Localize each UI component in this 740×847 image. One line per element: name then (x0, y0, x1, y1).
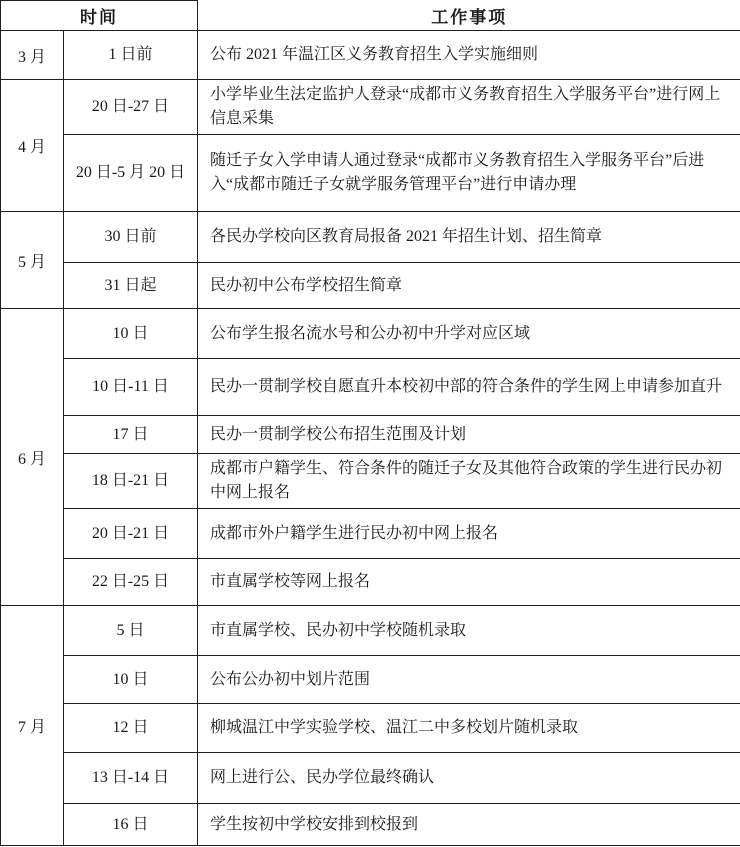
date-cell: 10 日 (64, 309, 198, 359)
date-cell: 18 日-21 日 (64, 454, 198, 509)
task-cell: 网上进行公、民办学位最终确认 (198, 753, 740, 804)
date-cell: 20 日-5 月 20 日 (64, 135, 198, 212)
date-cell: 5 日 (64, 606, 198, 656)
month-cell: 4 月 (1, 80, 64, 212)
date-cell: 10 日 (64, 656, 198, 704)
schedule-row: 31 日起民办初中公布学校招生简章 (1, 263, 740, 309)
schedule-row: 20 日-5 月 20 日随迁子女入学申请人通过登录“成都市义务教育招生入学服务… (1, 135, 740, 212)
schedule-row: 22 日-25 日市直属学校等网上报名 (1, 559, 740, 606)
date-cell: 12 日 (64, 704, 198, 753)
schedule-row: 7 月5 日市直属学校、民办初中学校随机录取 (1, 606, 740, 656)
date-cell: 16 日 (64, 804, 198, 846)
schedule-row: 10 日公布公办初中划片范围 (1, 656, 740, 704)
schedule-row: 12 日柳城温江中学实验学校、温江二中多校划片随机录取 (1, 704, 740, 753)
date-cell: 22 日-25 日 (64, 559, 198, 606)
schedule-table-body: 3 月1 日前公布 2021 年温江区义务教育招生入学实施细则4 月20 日-2… (1, 31, 740, 846)
task-cell: 公布 2021 年温江区义务教育招生入学实施细则 (198, 31, 740, 80)
schedule-row: 17 日民办一贯制学校公布招生范围及计划 (1, 416, 740, 454)
task-cell: 民办初中公布学校招生简章 (198, 263, 740, 309)
schedule-row: 20 日-21 日成都市外户籍学生进行民办初中网上报名 (1, 509, 740, 559)
header-row: 时间 工作事项 (1, 1, 740, 31)
task-cell: 公布公办初中划片范围 (198, 656, 740, 704)
schedule-row: 18 日-21 日成都市户籍学生、符合条件的随迁子女及其他符合政策的学生进行民办… (1, 454, 740, 509)
date-cell: 10 日-11 日 (64, 359, 198, 416)
time-column-header: 时间 (1, 1, 198, 31)
enrollment-schedule-table: 时间 工作事项 3 月1 日前公布 2021 年温江区义务教育招生入学实施细则4… (0, 0, 740, 846)
date-cell: 1 日前 (64, 31, 198, 80)
task-cell: 成都市户籍学生、符合条件的随迁子女及其他符合政策的学生进行民办初中网上报名 (198, 454, 740, 509)
task-cell: 公布学生报名流水号和公办初中升学对应区域 (198, 309, 740, 359)
work-items-column-header: 工作事项 (198, 1, 740, 31)
date-cell: 20 日-27 日 (64, 80, 198, 135)
task-cell: 民办一贯制学校自愿直升本校初中部的符合条件的学生网上申请参加直升 (198, 359, 740, 416)
schedule-row: 16 日学生按初中学校安排到校报到 (1, 804, 740, 846)
date-cell: 20 日-21 日 (64, 509, 198, 559)
task-cell: 学生按初中学校安排到校报到 (198, 804, 740, 846)
schedule-row: 13 日-14 日网上进行公、民办学位最终确认 (1, 753, 740, 804)
task-cell: 成都市外户籍学生进行民办初中网上报名 (198, 509, 740, 559)
task-cell: 市直属学校、民办初中学校随机录取 (198, 606, 740, 656)
schedule-row: 3 月1 日前公布 2021 年温江区义务教育招生入学实施细则 (1, 31, 740, 80)
date-cell: 30 日前 (64, 212, 198, 263)
task-cell: 市直属学校等网上报名 (198, 559, 740, 606)
task-cell: 随迁子女入学申请人通过登录“成都市义务教育招生入学服务平台”后进入“成都市随迁子… (198, 135, 740, 212)
task-cell: 柳城温江中学实验学校、温江二中多校划片随机录取 (198, 704, 740, 753)
date-cell: 31 日起 (64, 263, 198, 309)
month-cell: 5 月 (1, 212, 64, 309)
date-cell: 13 日-14 日 (64, 753, 198, 804)
month-cell: 6 月 (1, 309, 64, 606)
schedule-row: 4 月20 日-27 日小学毕业生法定监护人登录“成都市义务教育招生入学服务平台… (1, 80, 740, 135)
task-cell: 小学毕业生法定监护人登录“成都市义务教育招生入学服务平台”进行网上信息采集 (198, 80, 740, 135)
schedule-row: 10 日-11 日民办一贯制学校自愿直升本校初中部的符合条件的学生网上申请参加直… (1, 359, 740, 416)
month-cell: 7 月 (1, 606, 64, 846)
schedule-row: 6 月10 日公布学生报名流水号和公办初中升学对应区域 (1, 309, 740, 359)
task-cell: 民办一贯制学校公布招生范围及计划 (198, 416, 740, 454)
task-cell: 各民办学校向区教育局报备 2021 年招生计划、招生简章 (198, 212, 740, 263)
schedule-row: 5 月30 日前各民办学校向区教育局报备 2021 年招生计划、招生简章 (1, 212, 740, 263)
month-cell: 3 月 (1, 31, 64, 80)
date-cell: 17 日 (64, 416, 198, 454)
